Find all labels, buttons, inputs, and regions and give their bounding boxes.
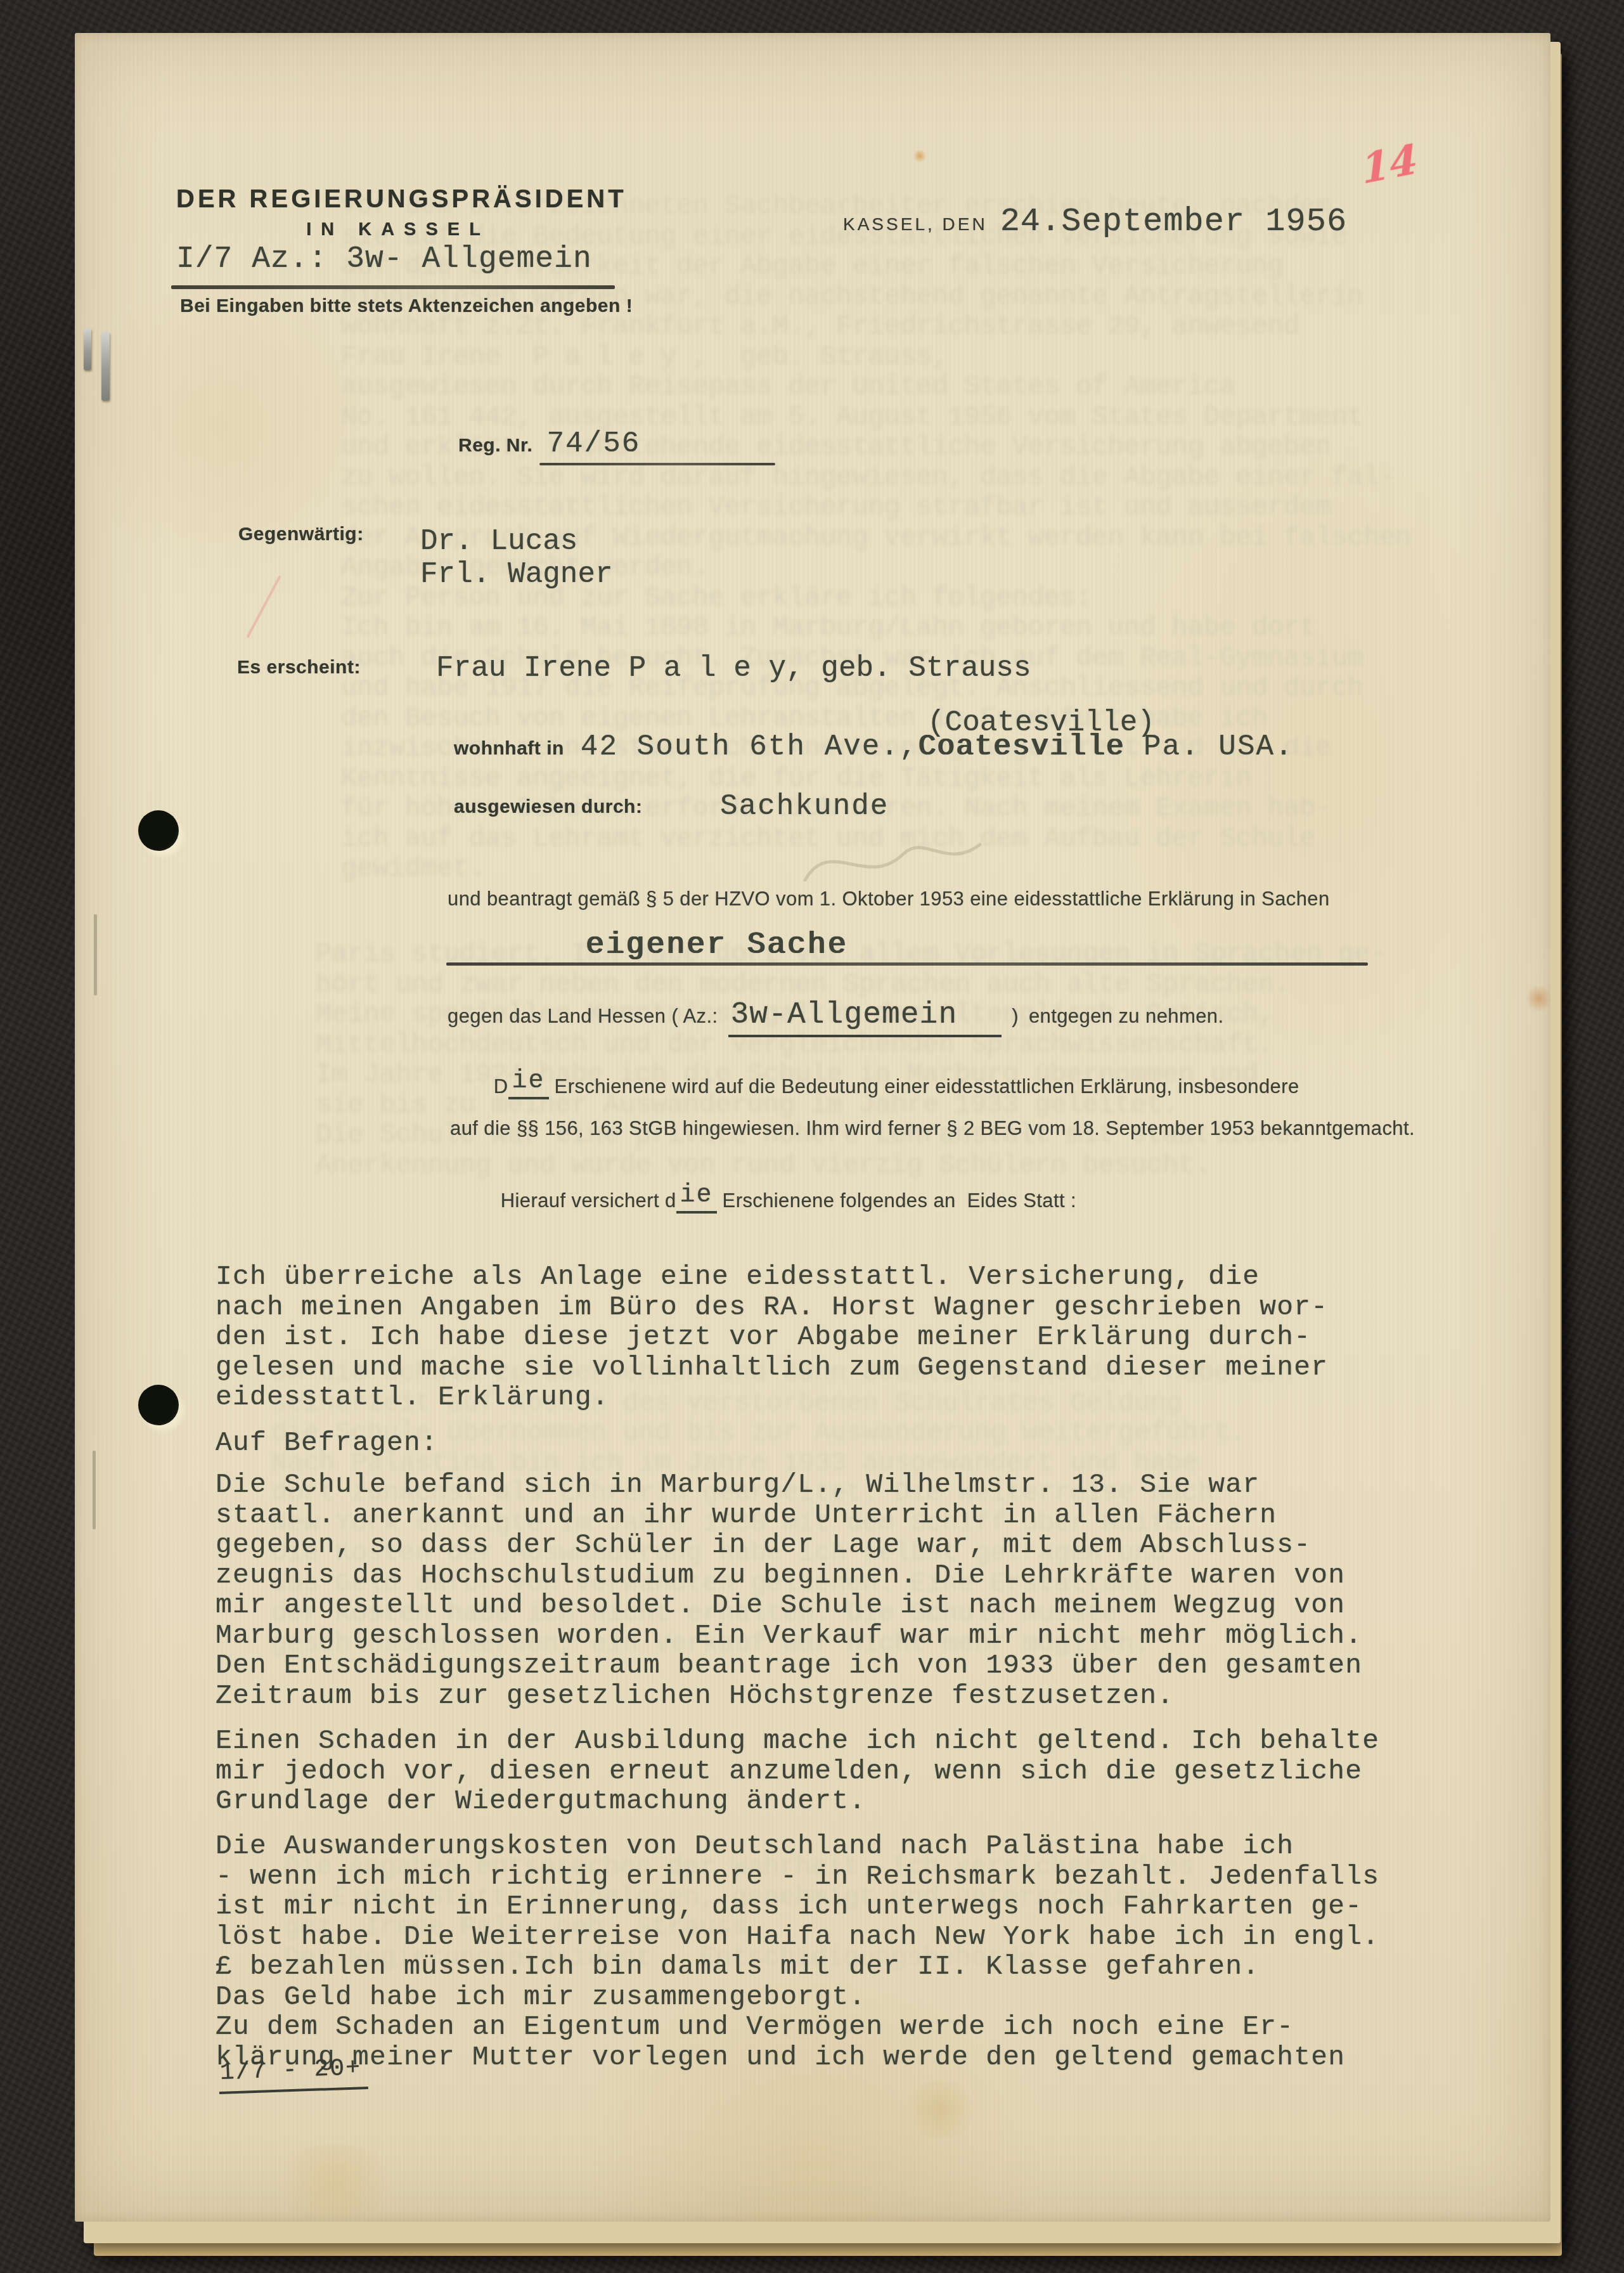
punch-hole (138, 1385, 179, 1425)
stain (899, 2081, 981, 2138)
matter-underline (446, 962, 1368, 966)
punch-hole (138, 810, 179, 851)
letterhead-title: DER REGIERUNGSPRÄSIDENT (176, 185, 627, 214)
request-line: und beantragt gemäß § 5 der HZVO vom 1. … (448, 888, 1330, 910)
reg-label: Reg. Nr. (458, 435, 532, 457)
identification-label: ausgewiesen durch: (454, 796, 642, 818)
oath-pre: Hierauf versichert d (501, 1189, 676, 1212)
statement-paragraph: Ich überreiche als Anlage eine eidesstat… (216, 1262, 1328, 1413)
statement-heading: Auf Befragen: (216, 1428, 438, 1458)
against-pre: gegen das Land Hessen ( Az.: (448, 1005, 718, 1028)
caution-rest: Erschienene wird auf die Bedeutung einer… (549, 1075, 1299, 1098)
registration-number: Reg. Nr. 74/56 (458, 427, 640, 460)
stain (1526, 984, 1550, 1013)
file-reference: I/7 Az.: 3w- Allgemein (176, 242, 592, 276)
statement-paragraph: Die Auswanderungskosten von Deutschland … (216, 1831, 1379, 2072)
bleed-through-text: Paris studiert. Ich habe dort vor allem … (316, 940, 1495, 1181)
present-label: Gegenwärtig: (238, 524, 364, 545)
staple (101, 332, 110, 401)
caution-line2: auf die §§ 156, 163 StGB hingewiesen. Ih… (450, 1117, 1415, 1140)
statement-paragraph: Die Schule befand sich in Marburg/L., Wi… (216, 1470, 1362, 1711)
residence-street: 42 South 6th Ave., (581, 730, 918, 763)
against-end: entgegen zu nehmen. (1029, 1005, 1224, 1028)
caution-insert: ie (508, 1067, 549, 1099)
matter-title: eigener Sache (586, 928, 847, 962)
date-value: 24.September 1956 (1000, 203, 1348, 240)
letterhead-subtitle: IN KASSEL (176, 219, 620, 240)
present-person: Dr. Lucas (420, 525, 577, 558)
residence-city: Coatesville (918, 730, 1125, 763)
statement-paragraph: Einen Schaden in der Ausbildung mache ic… (216, 1726, 1379, 1816)
pencil-mark (246, 575, 281, 638)
scan-background: { "colors": { "background": "#2b2826", "… (0, 0, 1624, 2273)
reg-underline (539, 463, 775, 465)
staple-mark (93, 1451, 96, 1529)
staple (84, 328, 91, 370)
staple-mark (94, 914, 97, 995)
oath-line: Hierauf versichert die Erschienene folge… (489, 1175, 1076, 1231)
file-stamp: 1/7 - 20+ (218, 2054, 368, 2094)
oath-rest: Erschienene folgendes an Eides Statt : (717, 1189, 1076, 1212)
residence-country: Pa. USA. (1125, 730, 1293, 763)
residence-row: wohnhaft in 42 South 6th Ave.,Coatesvill… (454, 730, 1294, 763)
letterhead-note: Bei Eingaben bitte stets Aktenzeichen an… (180, 295, 633, 317)
handwritten-page-number: 14 (1360, 135, 1419, 193)
residence-value: 42 South 6th Ave.,Coatesville Pa. USA. (581, 730, 1294, 763)
stain (265, 2144, 404, 2220)
case-number: 3w-Allgemein (728, 998, 1002, 1037)
residence-label: wohnhaft in (454, 738, 564, 760)
stain (913, 150, 927, 162)
against-line: gegen das Land Hessen ( Az.: 3w-Allgemei… (448, 998, 1223, 1037)
oath-insert: ie (676, 1181, 717, 1214)
present-person: Frl. Wagner (420, 558, 613, 591)
caution-pre: D (494, 1075, 508, 1098)
against-post: ) (1012, 1005, 1019, 1028)
identification-value: Sachkunde (720, 790, 889, 823)
appears-label: Es erscheint: (237, 657, 361, 678)
letterhead-underline (171, 285, 615, 289)
appears-name: Frau Irene P a l e y, geb. Strauss (436, 652, 1031, 685)
caution-paragraph: Die Erschienene wird auf die Bedeutung e… (482, 1061, 1299, 1117)
reg-value: 74/56 (546, 427, 640, 460)
paper-sheet: Vor dem unterzeichneten Sachbearbeiter e… (75, 33, 1550, 2222)
place-date-label: KASSEL, DEN (843, 214, 988, 235)
place-date: KASSEL, DEN 24.September 1956 (843, 203, 1347, 240)
